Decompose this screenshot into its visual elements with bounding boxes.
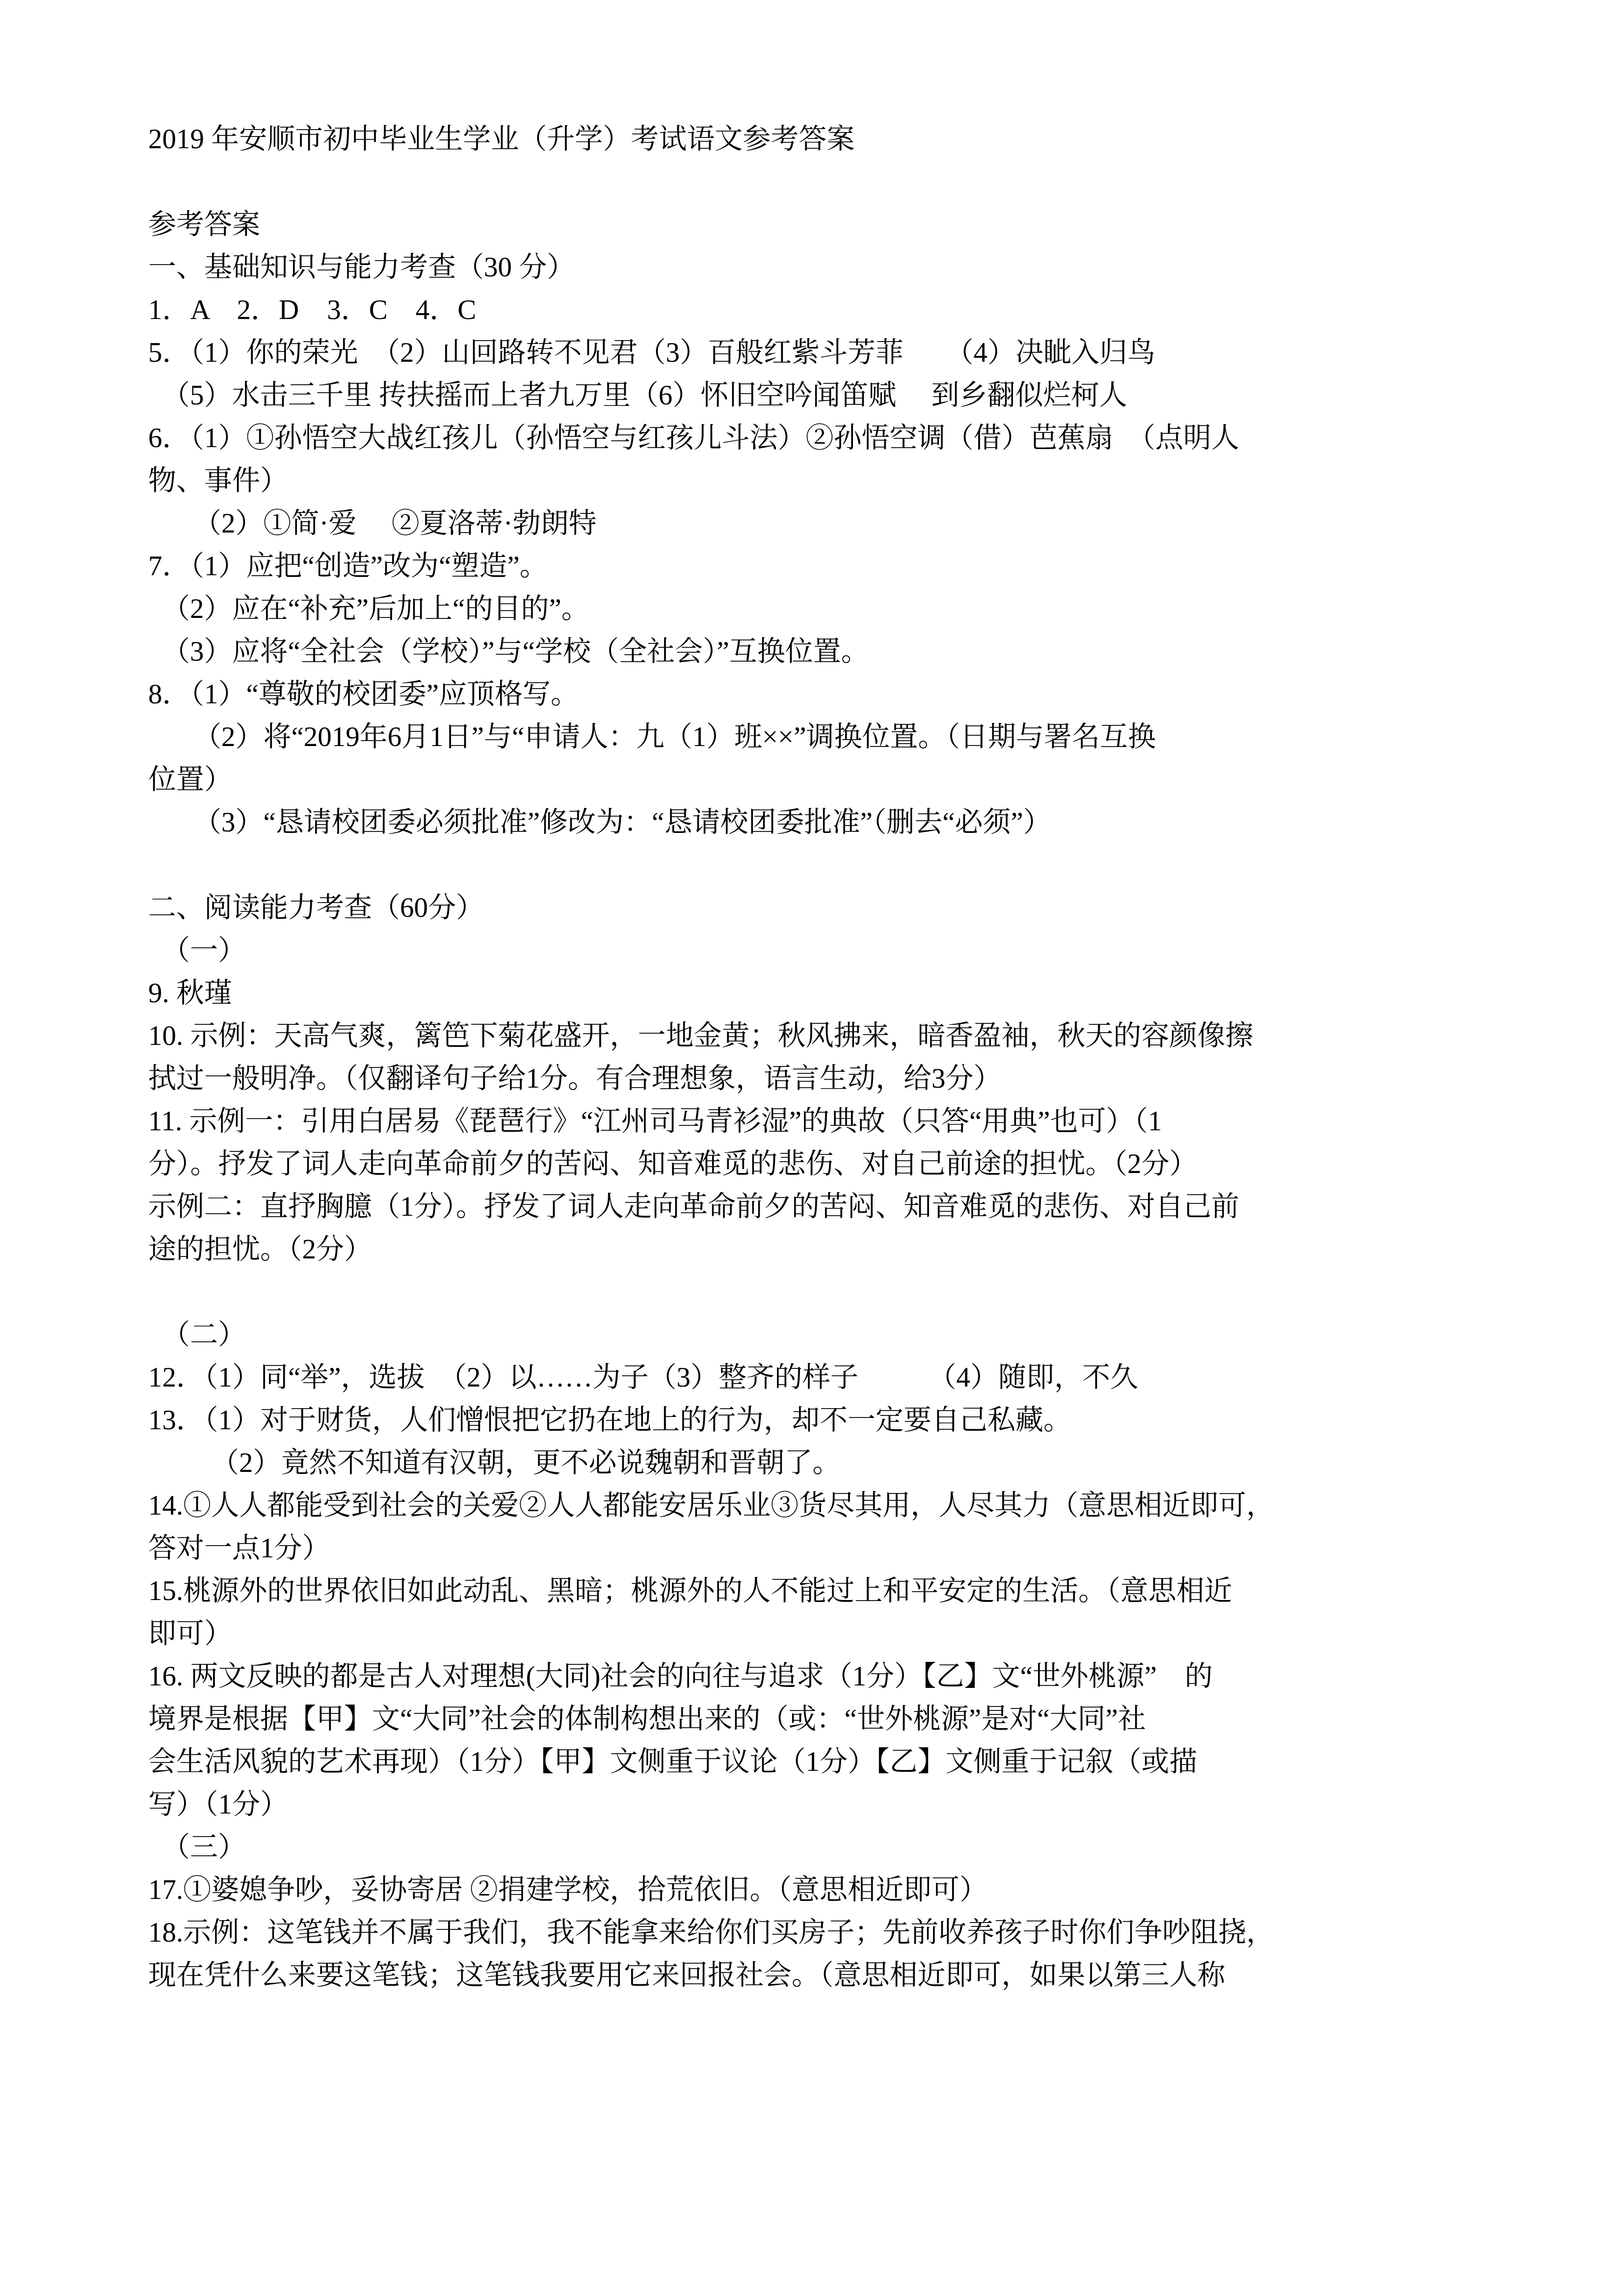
answer-q16-line3: 会生活风貌的艺术再现）（1分）【甲】文侧重于议论（1分）【乙】文侧重于记叙（或描 (148, 1740, 1506, 1783)
subsection-3-heading: （三） (148, 1826, 1506, 1869)
answer-q11-line4: 途的担忧。（2分） (148, 1228, 1506, 1271)
answer-q14-line2: 答对一点1分） (148, 1527, 1506, 1570)
answer-q12: 12．（1）同“举”，选拔 （2）以……为子（3）整齐的样子 （4）随即，不久 (148, 1356, 1506, 1399)
answer-q6-2: （2）①简·爱 ②夏洛蒂·勃朗特 (148, 502, 1506, 545)
doc-title: 2019 年安顺市初中毕业生学业（升学）考试语文参考答案 (148, 118, 1506, 160)
section-2-heading: 二、阅读能力考查（60分） (148, 886, 1506, 929)
answer-q11-line1: 11. 示例一：引用白居易《琵琶行》“江州司马青衫湿”的典故（只答“用典”也可）… (148, 1100, 1506, 1143)
answer-q8-2-line2: 位置） (148, 758, 1506, 801)
section-1-heading: 一、基础知识与能力考查（30 分） (148, 246, 1506, 289)
answer-q7-3: （3）应将“全社会（学校）”与“学校（全社会）”互换位置。 (148, 630, 1506, 673)
answer-q5-part1: 5．（1）你的荣光 （2）山回路转不见君（3）百般红紫斗芳菲 （4）决眦入归鸟 (148, 331, 1506, 374)
answer-q8-3: （3）“恳请校团委必须批准”修改为：“恳请校团委批准”（删去“必须”） (148, 801, 1506, 844)
answer-q10-line2: 拭过一般明净。（仅翻译句子给1分。有合理想象，语言生动，给3分） (148, 1057, 1506, 1100)
answer-q6-1-line2: 物、事件） (148, 459, 1506, 502)
answer-q15-line1: 15.桃源外的世界依旧如此动乱、黑暗；桃源外的人不能过上和平安定的生活。（意思相… (148, 1570, 1506, 1612)
answer-q18-line2: 现在凭什么来要这笔钱；这笔钱我要用它来回报社会。（意思相近即可，如果以第三人称 (148, 1954, 1506, 1997)
answer-q13-1: 13．（1）对于财货，人们憎恨把它扔在地上的行为，却不一定要自己私藏。 (148, 1399, 1506, 1442)
answer-q17: 17.①婆媳争吵，妥协寄居 ②捐建学校，拾荒依旧。（意思相近即可） (148, 1869, 1506, 1911)
answers-heading: 参考答案 (148, 203, 1506, 246)
answer-q7-1: 7．（1）应把“创造”改为“塑造”。 (148, 545, 1506, 587)
answer-q8-2-line1: （2）将“2019年6月1日”与“申请人：九（1）班××”调换位置。（日期与署名… (148, 716, 1506, 758)
document-page: 2019 年安顺市初中毕业生学业（升学）考试语文参考答案 参考答案 一、基础知识… (0, 0, 1624, 2296)
answer-q5-part2: （5）水击三千里 抟扶摇而上者九万里（6）怀旧空吟闻笛赋 到乡翻似烂柯人 (148, 374, 1506, 417)
answer-q10-line1: 10. 示例：天高气爽，篱笆下菊花盛开，一地金黄；秋风拂来，暗香盈袖，秋天的容颜… (148, 1015, 1506, 1057)
answer-q9: 9. 秋瑾 (148, 972, 1506, 1015)
answer-q1-4: 1．A 2．D 3．C 4．C (148, 289, 1506, 331)
answer-q15-line2: 即可） (148, 1612, 1506, 1655)
answer-q11-line2: 分）。抒发了词人走向革命前夕的苦闷、知音难觅的悲伤、对自己前途的担忧。（2分） (148, 1143, 1506, 1185)
answer-q11-line3: 示例二：直抒胸臆（1分）。抒发了词人走向革命前夕的苦闷、知音难觅的悲伤、对自己前 (148, 1185, 1506, 1228)
answer-q6-1-line1: 6．（1）①孙悟空大战红孩儿（孙悟空与红孩儿斗法）②孙悟空调（借）芭蕉扇 （点明… (148, 417, 1506, 459)
answer-q18-line1: 18.示例：这笔钱并不属于我们，我不能拿来给你们买房子；先前收养孩子时你们争吵阻… (148, 1911, 1506, 1954)
subsection-1-heading: （一） (148, 929, 1506, 972)
answer-q13-2: （2）竟然不知道有汉朝，更不必说魏朝和晋朝了。 (148, 1442, 1506, 1484)
answer-q7-2: （2）应在“补充”后加上“的目的”。 (148, 587, 1506, 630)
answer-q16-line1: 16. 两文反映的都是古人对理想(大同)社会的向往与追求（1分）【乙】文“世外桃… (148, 1655, 1506, 1698)
subsection-2-heading: （二） (148, 1313, 1506, 1356)
answer-q16-line4: 写）（1分） (148, 1783, 1506, 1826)
answer-q8-1: 8．（1）“尊敬的校团委”应顶格写。 (148, 673, 1506, 716)
answer-q16-line2: 境界是根据【甲】文“大同”社会的体制构想出来的（或：“世外桃源”是对“大同”社 (148, 1698, 1506, 1740)
answer-q14-line1: 14.①人人都能受到社会的关爱②人人都能安居乐业③货尽其用，人尽其力（意思相近即… (148, 1484, 1506, 1527)
